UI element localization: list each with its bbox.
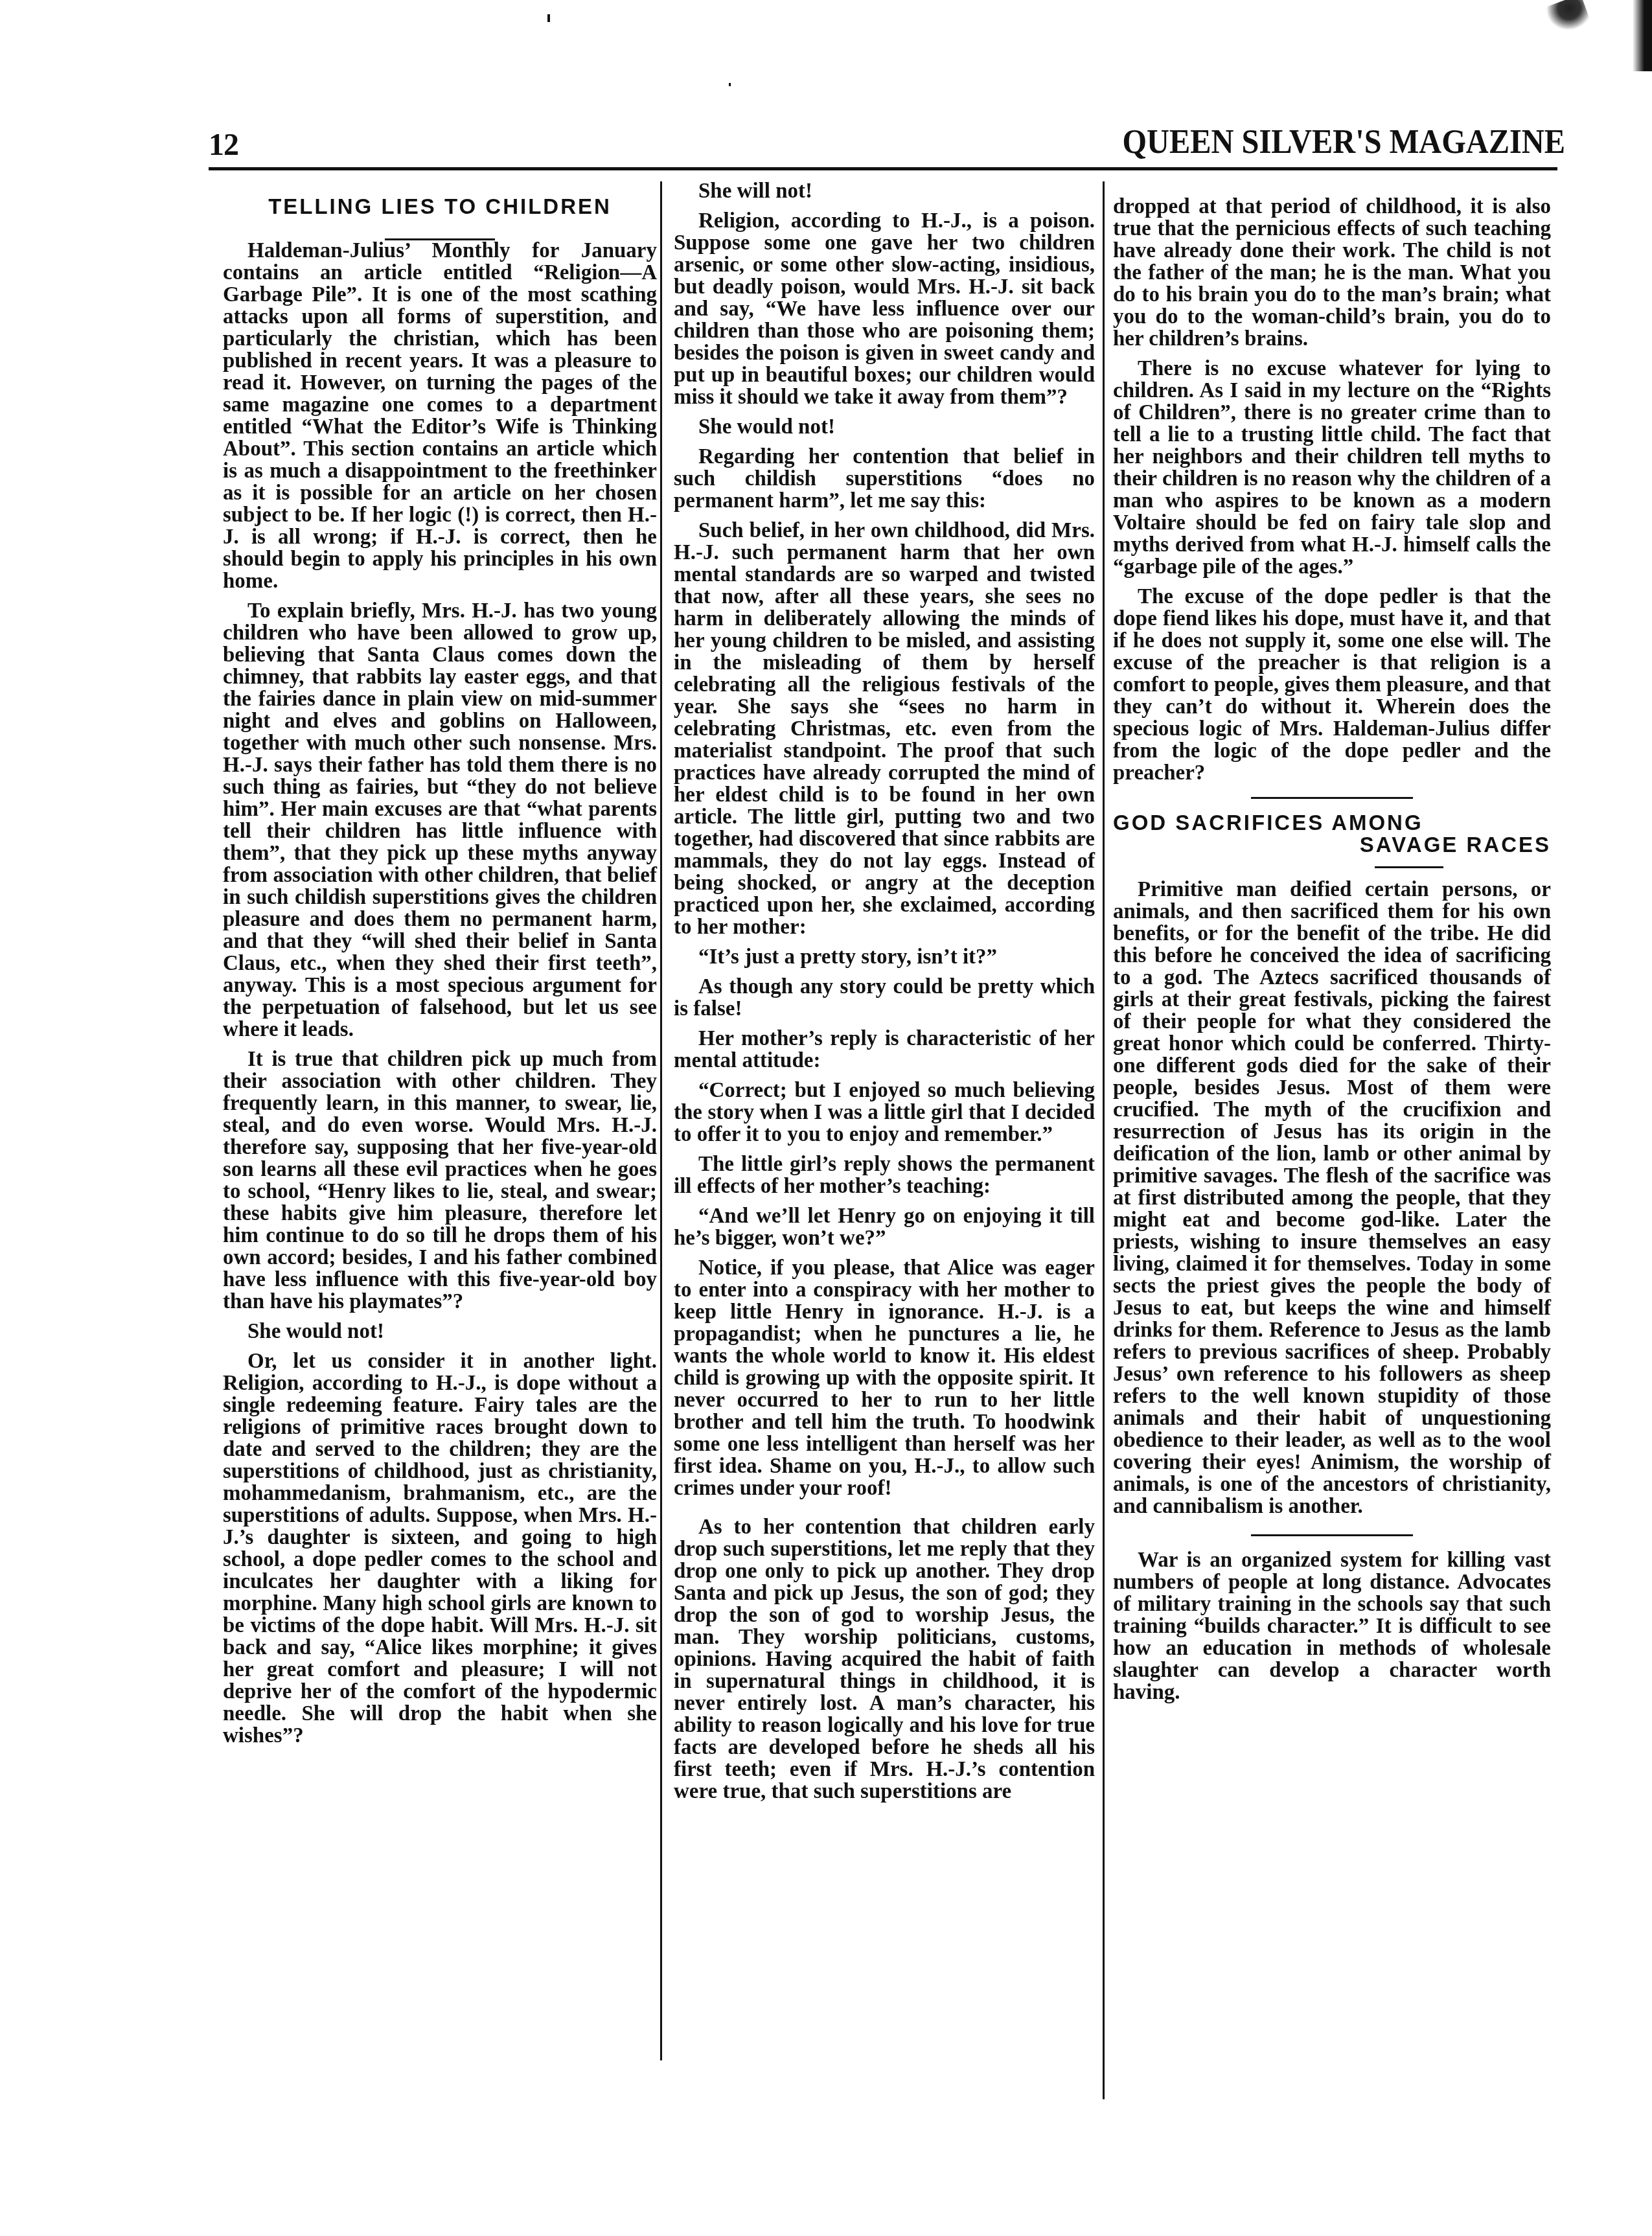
column-divider — [660, 181, 662, 2060]
article-separator — [1251, 797, 1413, 799]
scan-speck — [729, 83, 731, 86]
article-header: TELLING LIES TO CHILDREN — [223, 194, 657, 240]
page-number: 12 — [209, 127, 238, 163]
paragraph: Primitive man deified certain persons, o… — [1113, 879, 1551, 1517]
quote: “Correct; but I enjoyed so much believin… — [674, 1079, 1095, 1146]
quote: “And we’ll let Henry go on enjoying it t… — [674, 1205, 1095, 1249]
column-3: dropped at that period of childhood, it … — [1113, 196, 1551, 1711]
paragraph: She would not! — [674, 416, 1095, 438]
scan-edge-shadow — [1633, 0, 1652, 71]
magazine-page: 12 QUEEN SILVER'S MAGAZINE TELLING LIES … — [0, 0, 1652, 2236]
paragraph: It is true that children pick up much fr… — [223, 1048, 657, 1313]
paragraph: Religion, according to H.-J., is a poiso… — [674, 210, 1095, 408]
scan-speck — [547, 14, 550, 22]
paragraph: Or, let us consider it in another light.… — [223, 1350, 657, 1747]
article-title-line-2: SAVAGE RACES — [1113, 834, 1551, 856]
paragraph-continuation: dropped at that period of childhood, it … — [1113, 196, 1551, 350]
scan-blot — [1544, 0, 1592, 37]
column-divider — [1103, 181, 1105, 2099]
paragraph: Notice, if you please, that Alice was ea… — [674, 1257, 1095, 1499]
paragraph: Such belief, in her own childhood, did M… — [674, 520, 1095, 938]
paragraph: There is no excuse whatever for lying to… — [1113, 358, 1551, 578]
header-rule — [209, 167, 1557, 170]
paragraph: Haldeman-Julius’ Monthly for January con… — [223, 240, 657, 592]
article-title: TELLING LIES TO CHILDREN — [223, 194, 657, 219]
paragraph: The excuse of the dope pedler is that th… — [1113, 586, 1551, 784]
paragraph: As though any story could be pretty whic… — [674, 976, 1095, 1020]
magazine-title: QUEEN SILVER'S MAGAZINE — [722, 123, 1565, 161]
paragraph: She will not! — [674, 180, 1095, 202]
paragraph: To explain briefly, Mrs. H.-J. has two y… — [223, 600, 657, 1041]
paragraph: War is an organized system for killing v… — [1113, 1549, 1551, 1703]
article-header: GOD SACRIFICES AMONG SAVAGE RACES — [1113, 812, 1551, 856]
paragraph: She would not! — [223, 1320, 657, 1343]
paragraph: Her mother’s reply is characteristic of … — [674, 1028, 1095, 1072]
paragraph: The little girl’s reply shows the perman… — [674, 1153, 1095, 1197]
paragraph: Regarding her contention that belief in … — [674, 446, 1095, 512]
article-title-line-1: GOD SACRIFICES AMONG — [1113, 812, 1551, 834]
paragraph: As to her contention that children early… — [674, 1516, 1095, 1803]
quote: “It’s just a pretty story, isn’t it?” — [674, 946, 1095, 968]
column-1: Haldeman-Julius’ Monthly for January con… — [223, 240, 657, 1755]
column-2: She will not! Religion, according to H.-… — [674, 180, 1095, 1810]
title-underline — [1375, 866, 1443, 868]
article-separator — [1251, 1534, 1413, 1536]
